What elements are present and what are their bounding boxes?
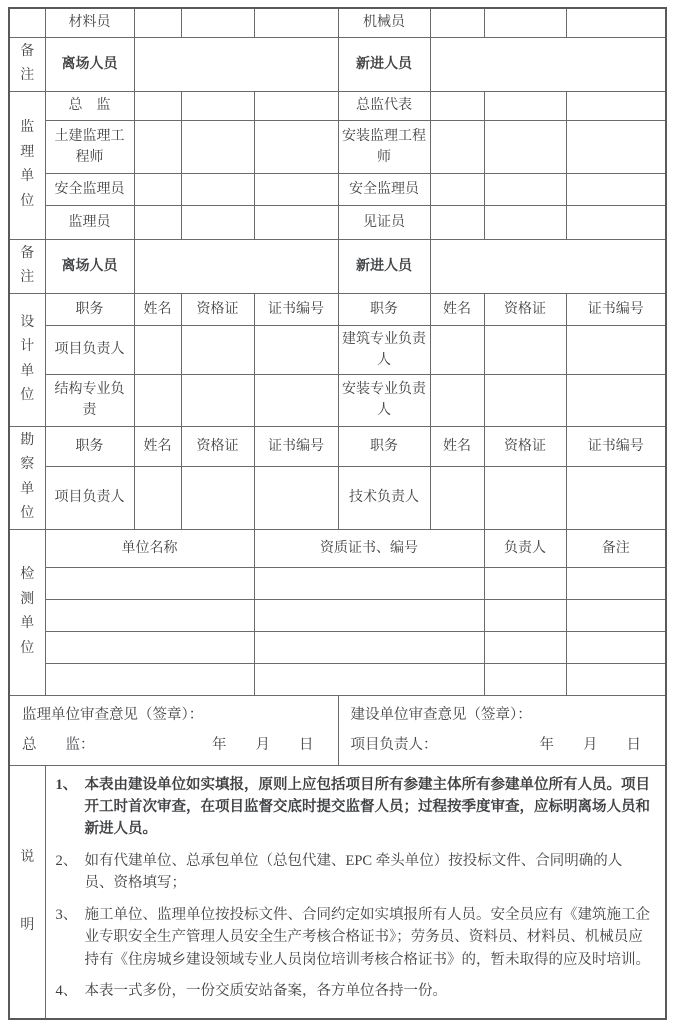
project-leader-label: 项目负责人 bbox=[45, 466, 134, 529]
new-personnel-value-cell bbox=[430, 37, 666, 91]
chief-supervisor-label: 总 监 bbox=[45, 91, 134, 120]
unit-name-value-cell bbox=[45, 631, 254, 663]
table-row: 监理员 见证员 bbox=[9, 205, 666, 239]
remarks-section-label: 备注 bbox=[9, 239, 45, 293]
empty-value-cell bbox=[484, 120, 566, 173]
design-unit-section-label: 设计单位 bbox=[9, 293, 45, 426]
remarks-value-cell bbox=[566, 599, 666, 631]
unit-name-value-cell bbox=[45, 663, 254, 695]
safety-supervisor-label: 安全监理员 bbox=[45, 173, 134, 205]
column-header-responsible-person: 负责人 bbox=[484, 529, 566, 567]
column-header-unit-name: 单位名称 bbox=[45, 529, 254, 567]
empty-value-cell bbox=[430, 91, 484, 120]
date-placeholder: 年 月 日 bbox=[540, 735, 642, 757]
departed-personnel-value-cell bbox=[134, 239, 338, 293]
qualification-certificate-value-cell bbox=[254, 631, 484, 663]
table-row: 检测单位 单位名称 资质证书、编号 负责人 备注 bbox=[9, 529, 666, 567]
empty-value-cell bbox=[566, 8, 666, 37]
table-row: 项目负责人 建筑专业负责人 bbox=[9, 325, 666, 374]
empty-value-cell bbox=[566, 173, 666, 205]
construction-review-cell: 建设单位审查意见（签章）： 项目负责人： 年 月 日 bbox=[338, 695, 666, 765]
supervisor-label: 监理员 bbox=[45, 205, 134, 239]
empty-value-cell bbox=[134, 374, 181, 426]
project-leader-label: 项目负责人 bbox=[45, 325, 134, 374]
project-leader-sign-label: 项目负责人： bbox=[351, 735, 438, 757]
table-row bbox=[9, 663, 666, 695]
column-header-position: 职务 bbox=[45, 293, 134, 325]
empty-value-cell bbox=[181, 466, 254, 529]
personnel-form-table: 材料员 机械员 备注 离场人员 新进人员 监理单位 总 监 总监代表 土建监理工… bbox=[8, 7, 667, 1020]
structure-discipline-leader-label: 结构专业负责 bbox=[45, 374, 134, 426]
column-header-certificate-no: 证书编号 bbox=[566, 426, 666, 466]
new-personnel-value-cell bbox=[430, 239, 666, 293]
chief-supervisor-sign-label: 总 监： bbox=[22, 735, 95, 757]
notes-section-label: 说明 bbox=[9, 765, 45, 1019]
column-header-certificate-no: 证书编号 bbox=[566, 293, 666, 325]
empty-value-cell bbox=[566, 325, 666, 374]
table-row bbox=[9, 599, 666, 631]
note-item-1: 1、 本表由建设单位如实填报，原则上应包括项目所有参建主体所有参建单位所有人员。… bbox=[56, 774, 652, 841]
empty-value-cell bbox=[484, 374, 566, 426]
qualification-certificate-value-cell bbox=[254, 663, 484, 695]
table-row: 备注 离场人员 新进人员 bbox=[9, 37, 666, 91]
material-clerk-label: 材料员 bbox=[45, 8, 134, 37]
empty-value-cell bbox=[181, 91, 254, 120]
departed-personnel-value-cell bbox=[134, 37, 338, 91]
empty-value-cell bbox=[484, 91, 566, 120]
unit-name-value-cell bbox=[45, 599, 254, 631]
empty-value-cell bbox=[181, 205, 254, 239]
empty-value-cell bbox=[566, 466, 666, 529]
empty-value-cell bbox=[430, 466, 484, 529]
safety-supervisor-label: 安全监理员 bbox=[338, 173, 430, 205]
note-text: 施工单位、监理单位按投标文件、合同约定如实填报所有人员。安全员应有《建筑施工企业… bbox=[85, 904, 652, 971]
machinery-clerk-label: 机械员 bbox=[338, 8, 430, 37]
note-number: 4、 bbox=[56, 980, 85, 1002]
personnel-form-page: 材料员 机械员 备注 离场人员 新进人员 监理单位 总 监 总监代表 土建监理工… bbox=[0, 0, 675, 930]
note-number: 3、 bbox=[56, 904, 85, 971]
civil-supervision-engineer-label: 土建监理工程师 bbox=[45, 120, 134, 173]
empty-value-cell bbox=[134, 173, 181, 205]
column-header-certificate-no: 证书编号 bbox=[254, 293, 338, 325]
column-header-name: 姓名 bbox=[430, 426, 484, 466]
empty-value-cell bbox=[430, 120, 484, 173]
column-header-qualification: 资格证 bbox=[484, 426, 566, 466]
table-row: 项目负责人 技术负责人 bbox=[9, 466, 666, 529]
empty-value-cell bbox=[181, 325, 254, 374]
column-header-position: 职务 bbox=[338, 426, 430, 466]
table-row: 安全监理员 安全监理员 bbox=[9, 173, 666, 205]
table-row: 勘察单位 职务 姓名 资格证 证书编号 职务 姓名 资格证 证书编号 bbox=[9, 426, 666, 466]
empty-value-cell bbox=[430, 374, 484, 426]
departed-personnel-label: 离场人员 bbox=[45, 239, 134, 293]
empty-value-cell bbox=[134, 91, 181, 120]
empty-value-cell bbox=[134, 8, 181, 37]
empty-value-cell bbox=[484, 325, 566, 374]
note-number: 1、 bbox=[56, 774, 85, 841]
empty-value-cell bbox=[484, 466, 566, 529]
table-row: 材料员 机械员 bbox=[9, 8, 666, 37]
empty-value-cell bbox=[134, 466, 181, 529]
empty-value-cell bbox=[254, 173, 338, 205]
construction-review-signline: 项目负责人： 年 月 日 bbox=[351, 735, 656, 757]
empty-value-cell bbox=[430, 173, 484, 205]
supervision-review-title: 监理单位审查意见（签章）： bbox=[22, 705, 328, 727]
responsible-person-value-cell bbox=[484, 599, 566, 631]
remarks-value-cell bbox=[566, 567, 666, 599]
table-row: 监理单位审查意见（签章）： 总 监： 年 月 日 建设单位审查意见（签章）： 项… bbox=[9, 695, 666, 765]
note-item-3: 3、 施工单位、监理单位按投标文件、合同约定如实填报所有人员。安全员应有《建筑施… bbox=[56, 904, 652, 971]
remarks-section-label: 备注 bbox=[9, 37, 45, 91]
construction-review-block: 建设单位审查意见（签章）： 项目负责人： 年 月 日 bbox=[351, 705, 656, 757]
note-item-2: 2、 如有代建单位、总承包单位（总包代建、EPC 牵头单位）按投标文件、合同明确… bbox=[56, 850, 652, 895]
architecture-discipline-leader-label: 建筑专业负责人 bbox=[338, 325, 430, 374]
responsible-person-value-cell bbox=[484, 663, 566, 695]
empty-value-cell bbox=[134, 120, 181, 173]
empty-value-cell bbox=[254, 205, 338, 239]
empty-value-cell bbox=[430, 325, 484, 374]
empty-value-cell bbox=[566, 374, 666, 426]
column-header-qualification: 资格证 bbox=[181, 426, 254, 466]
column-header-remarks: 备注 bbox=[566, 529, 666, 567]
empty-value-cell bbox=[484, 205, 566, 239]
column-header-certificate-no: 证书编号 bbox=[254, 426, 338, 466]
column-header-name: 姓名 bbox=[134, 293, 181, 325]
supervision-unit-section-label: 监理单位 bbox=[9, 91, 45, 239]
empty-value-cell bbox=[566, 120, 666, 173]
table-row bbox=[9, 567, 666, 599]
new-personnel-label: 新进人员 bbox=[338, 37, 430, 91]
empty-value-cell bbox=[181, 8, 254, 37]
empty-value-cell bbox=[430, 205, 484, 239]
departed-personnel-label: 离场人员 bbox=[45, 37, 134, 91]
empty-value-cell bbox=[430, 8, 484, 37]
responsible-person-value-cell bbox=[484, 567, 566, 599]
empty-value-cell bbox=[181, 374, 254, 426]
table-row: 监理单位 总 监 总监代表 bbox=[9, 91, 666, 120]
empty-value-cell bbox=[566, 91, 666, 120]
column-header-qualification-certificate-no: 资质证书、编号 bbox=[254, 529, 484, 567]
column-header-name: 姓名 bbox=[430, 293, 484, 325]
table-row: 土建监理工程师 安装监理工程师 bbox=[9, 120, 666, 173]
qualification-certificate-value-cell bbox=[254, 567, 484, 599]
empty-value-cell bbox=[484, 173, 566, 205]
empty-value-cell bbox=[254, 466, 338, 529]
column-header-name: 姓名 bbox=[134, 426, 181, 466]
supervision-review-signline: 总 监： 年 月 日 bbox=[22, 735, 328, 757]
responsible-person-value-cell bbox=[484, 631, 566, 663]
notes-cell: 1、 本表由建设单位如实填报，原则上应包括项目所有参建主体所有参建单位所有人员。… bbox=[45, 765, 666, 1019]
witness-label: 见证员 bbox=[338, 205, 430, 239]
supervision-review-block: 监理单位审查意见（签章）： 总 监： 年 月 日 bbox=[22, 705, 328, 757]
column-header-qualification: 资格证 bbox=[181, 293, 254, 325]
note-text: 本表一式多份，一份交质安站备案，各方单位各持一份。 bbox=[85, 980, 652, 1002]
table-row: 备注 离场人员 新进人员 bbox=[9, 239, 666, 293]
qualification-certificate-value-cell bbox=[254, 599, 484, 631]
survey-unit-section-label: 勘察单位 bbox=[9, 426, 45, 529]
installation-discipline-leader-label: 安装专业负责人 bbox=[338, 374, 430, 426]
empty-value-cell bbox=[254, 374, 338, 426]
column-header-position: 职务 bbox=[45, 426, 134, 466]
table-row: 设计单位 职务 姓名 资格证 证书编号 职务 姓名 资格证 证书编号 bbox=[9, 293, 666, 325]
supervision-review-cell: 监理单位审查意见（签章）： 总 监： 年 月 日 bbox=[9, 695, 338, 765]
empty-value-cell bbox=[181, 173, 254, 205]
table-row: 说明 1、 本表由建设单位如实填报，原则上应包括项目所有参建主体所有参建单位所有… bbox=[9, 765, 666, 1019]
empty-value-cell bbox=[484, 8, 566, 37]
table-row: 结构专业负责 安装专业负责人 bbox=[9, 374, 666, 426]
empty-value-cell bbox=[181, 120, 254, 173]
empty-value-cell bbox=[566, 205, 666, 239]
technical-leader-label: 技术负责人 bbox=[338, 466, 430, 529]
construction-review-title: 建设单位审查意见（签章）： bbox=[351, 705, 656, 727]
testing-unit-section-label: 检测单位 bbox=[9, 529, 45, 695]
remarks-value-cell bbox=[566, 663, 666, 695]
column-header-qualification: 资格证 bbox=[484, 293, 566, 325]
empty-value-cell bbox=[254, 91, 338, 120]
empty-value-cell bbox=[134, 205, 181, 239]
empty-value-cell bbox=[134, 325, 181, 374]
new-personnel-label: 新进人员 bbox=[338, 239, 430, 293]
remarks-value-cell bbox=[566, 631, 666, 663]
note-text: 本表由建设单位如实填报，原则上应包括项目所有参建主体所有参建单位所有人员。项目开… bbox=[85, 774, 652, 841]
chief-supervisor-representative-label: 总监代表 bbox=[338, 91, 430, 120]
note-number: 2、 bbox=[56, 850, 85, 895]
installation-supervision-engineer-label: 安装监理工程师 bbox=[338, 120, 430, 173]
note-item-4: 4、 本表一式多份，一份交质安站备案，各方单位各持一份。 bbox=[56, 980, 652, 1002]
empty-value-cell bbox=[254, 325, 338, 374]
unit-name-value-cell bbox=[45, 567, 254, 599]
note-text: 如有代建单位、总承包单位（总包代建、EPC 牵头单位）按投标文件、合同明确的人员… bbox=[85, 850, 652, 895]
section-cell-empty bbox=[9, 8, 45, 37]
empty-value-cell bbox=[254, 8, 338, 37]
date-placeholder: 年 月 日 bbox=[212, 735, 314, 757]
empty-value-cell bbox=[254, 120, 338, 173]
column-header-position: 职务 bbox=[338, 293, 430, 325]
table-row bbox=[9, 631, 666, 663]
